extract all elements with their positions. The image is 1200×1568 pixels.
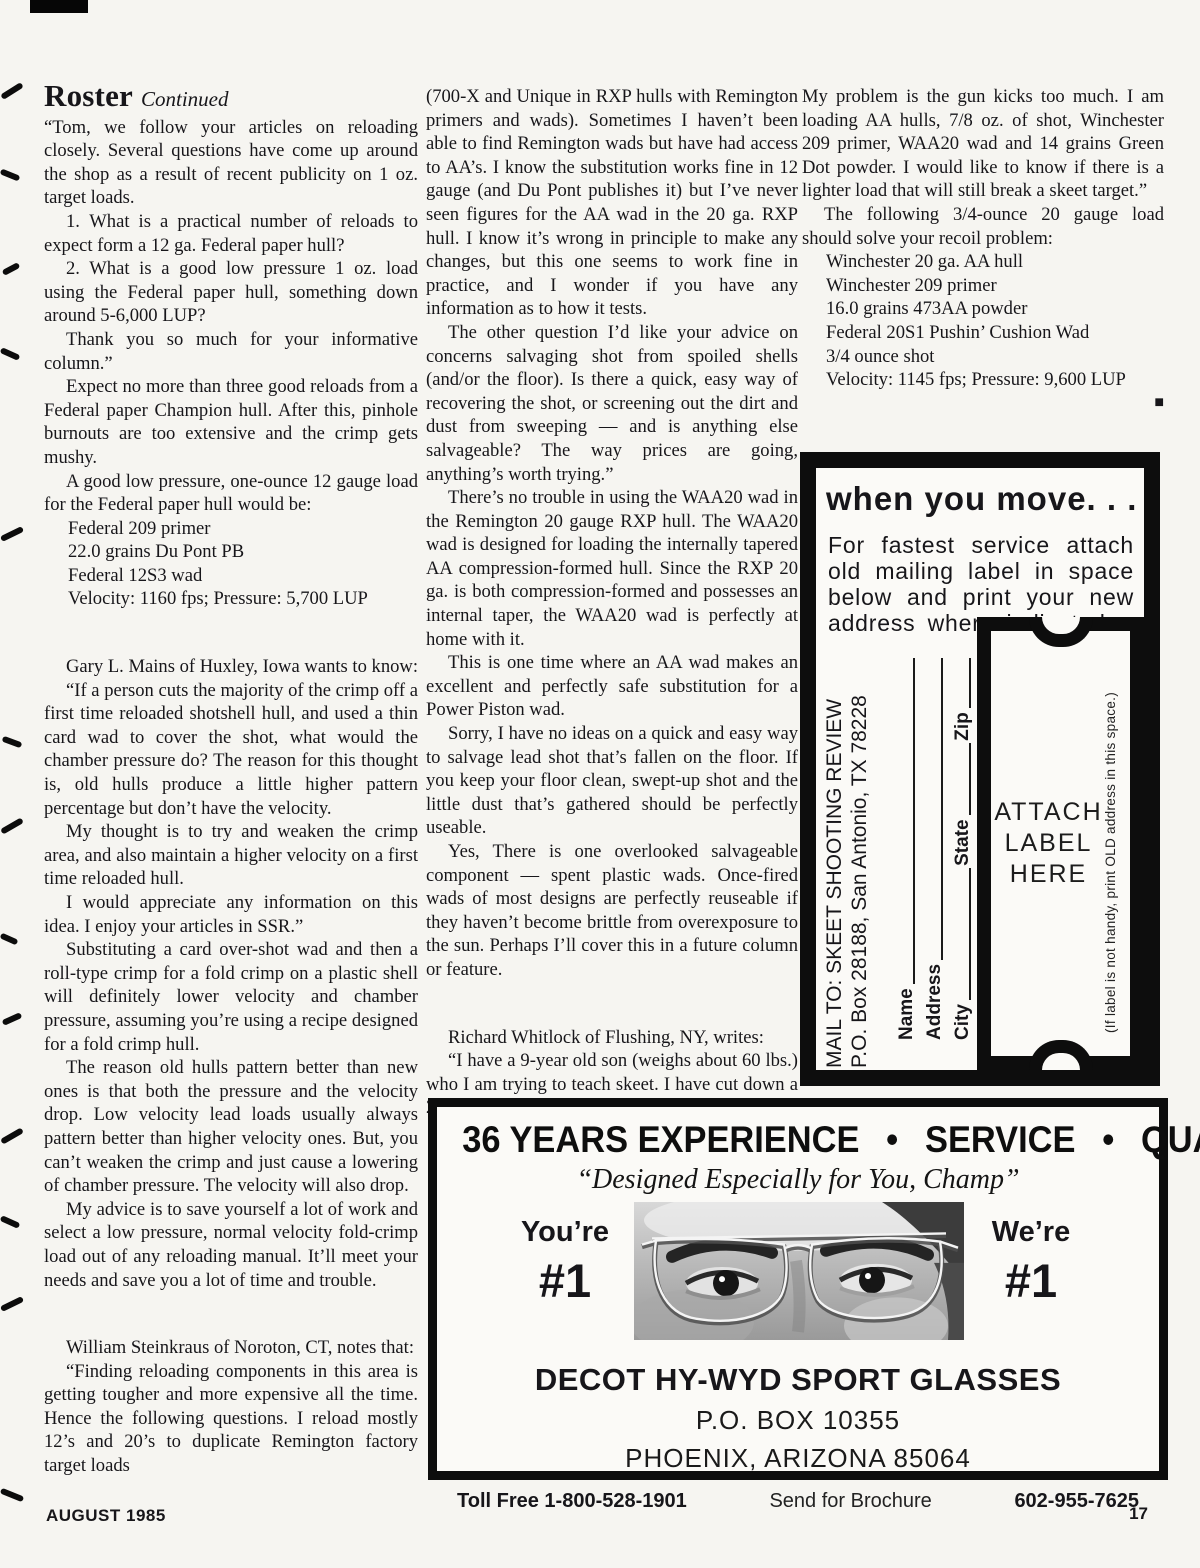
paragraph: The other question I’d like your advice … bbox=[426, 321, 798, 486]
address-blank-line bbox=[941, 658, 943, 960]
roster-continued-label: Continued bbox=[141, 87, 229, 111]
paragraph: This is one time where an AA wad makes a… bbox=[426, 651, 798, 722]
magazine-page: RosterContinued “Tom, we follow your art… bbox=[0, 0, 1200, 1568]
city-state-zip-field-row: City State Zip bbox=[946, 656, 974, 1040]
column-1: RosterContinued “Tom, we follow your art… bbox=[44, 84, 418, 1478]
decot-glasses-advertisement: 36 YEARS EXPERIENCE • SERVICE • QUALITY … bbox=[428, 1098, 1168, 1480]
load-line: 16.0 grains 473AA powder bbox=[826, 297, 1164, 321]
ad-right-slogan: We’re #1 bbox=[941, 1216, 1121, 1308]
ad-headline: 36 YEARS EXPERIENCE • SERVICE • QUALITY bbox=[462, 1119, 1133, 1161]
paragraph: The reason old hulls pattern better than… bbox=[44, 1056, 418, 1198]
attach-word: ATTACH bbox=[994, 797, 1102, 828]
city-blank-line bbox=[969, 868, 971, 1000]
name-label: Name bbox=[896, 988, 918, 1040]
ad-city-state: PHOENIX, ARIZONA 85064 bbox=[437, 1443, 1159, 1474]
column-2: (700-X and Unique in RXP hulls with Remi… bbox=[426, 85, 798, 1120]
load-line: Velocity: 1160 fps; Pressure: 5,700 LUP bbox=[68, 587, 418, 611]
load-line: Velocity: 1145 fps; Pressure: 9,600 LUP bbox=[826, 368, 1164, 392]
name-blank-line bbox=[913, 658, 915, 984]
old-address-note: (If label is not handy, print OLD addres… bbox=[1103, 677, 1118, 1033]
paragraph: Substituting a card over-shot wad and th… bbox=[44, 938, 418, 1056]
brochure-text: Send for Brochure bbox=[769, 1490, 931, 1513]
scan-mark bbox=[2, 1012, 23, 1026]
attach-label-ticket: ATTACH LABEL HERE (If label is not handy… bbox=[977, 617, 1144, 1070]
paragraph: Richard Whitlock of Flushing, NY, writes… bbox=[426, 1026, 798, 1050]
paragraph: Sorry, I have no ideas on a quick and ea… bbox=[426, 722, 798, 840]
paragraph: My problem is the gun kicks too much. I … bbox=[802, 85, 1164, 203]
scan-blotch bbox=[30, 0, 88, 13]
load-recipe-list: Federal 209 primer 22.0 grains Du Pont P… bbox=[68, 517, 418, 611]
state-label: State bbox=[952, 819, 974, 865]
scan-mark bbox=[0, 168, 20, 181]
paragraph: My advice is to save yourself a lot of w… bbox=[44, 1198, 418, 1292]
change-of-address-box: when you move. . . For fastest service a… bbox=[800, 452, 1160, 1086]
phone-number: 602-955-7625 bbox=[1014, 1490, 1139, 1513]
load-recipe-list: Winchester 20 ga. AA hull Winchester 209… bbox=[826, 250, 1164, 392]
load-line: 22.0 grains Du Pont PB bbox=[68, 540, 418, 564]
ad-middle-band: You’re #1 bbox=[437, 1202, 1159, 1352]
load-line: Federal 20S1 Pushin’ Cushion Wad bbox=[826, 321, 1164, 345]
scan-mark bbox=[0, 1296, 24, 1312]
city-label: City bbox=[952, 1004, 974, 1040]
scan-mark bbox=[0, 933, 18, 946]
number-one-label: #1 bbox=[941, 1253, 1121, 1308]
column-3: My problem is the gun kicks too much. I … bbox=[802, 85, 1164, 412]
address-field-row: Address bbox=[918, 656, 946, 1040]
scan-mark bbox=[2, 736, 23, 748]
scan-mark bbox=[0, 347, 20, 361]
eyes-with-shooting-glasses-photo bbox=[634, 1202, 964, 1340]
paragraph: Yes, There is one overlooked salvageable… bbox=[426, 840, 798, 982]
label-word: LABEL bbox=[1005, 828, 1093, 859]
address-label: Address bbox=[924, 964, 946, 1040]
toll-free-number: Toll Free 1-800-528-1901 bbox=[457, 1490, 687, 1513]
paragraph: 2. What is a good low pressure 1 oz. loa… bbox=[44, 257, 418, 328]
ad-contact-row: Toll Free 1-800-528-1901 Send for Brochu… bbox=[437, 1490, 1159, 1513]
end-of-article-mark: ■ bbox=[802, 394, 1164, 412]
mail-to-line-1: MAIL TO: SKEET SHOOTING REVIEW bbox=[822, 676, 847, 1068]
section-heading: RosterContinued bbox=[44, 84, 418, 113]
paragraph: “Finding reloading components in this ar… bbox=[44, 1360, 418, 1478]
load-line: Federal 12S3 wad bbox=[68, 564, 418, 588]
paragraph: Expect no more than three good reloads f… bbox=[44, 375, 418, 469]
scan-mark bbox=[0, 526, 24, 542]
ad-company-name: DECOT HY-WYD SPORT GLASSES bbox=[437, 1362, 1159, 1398]
number-one-label: #1 bbox=[475, 1253, 655, 1308]
scan-mark bbox=[0, 82, 24, 100]
paragraph: The following 3/4-ounce 20 gauge load sh… bbox=[802, 203, 1164, 250]
scan-mark bbox=[2, 262, 21, 276]
scan-mark bbox=[0, 1127, 24, 1144]
load-line: 3/4 ounce shot bbox=[826, 345, 1164, 369]
youre-label: You’re bbox=[475, 1216, 655, 1249]
paragraph: I would appreciate any information on th… bbox=[44, 891, 418, 938]
zip-label: Zip bbox=[952, 712, 974, 741]
attach-label-here-text: ATTACH LABEL HERE bbox=[991, 631, 1106, 1056]
issue-date: AUGUST 1985 bbox=[46, 1506, 166, 1526]
mail-to-address: MAIL TO: SKEET SHOOTING REVIEW P.O. Box … bbox=[822, 676, 874, 1068]
scan-mark bbox=[0, 1215, 20, 1229]
roster-title: Roster bbox=[44, 78, 133, 113]
here-word: HERE bbox=[1010, 859, 1087, 890]
load-line: Winchester 209 primer bbox=[826, 274, 1164, 298]
ad-po-box: P.O. BOX 10355 bbox=[437, 1405, 1159, 1436]
paragraph: Thank you so much for your informative c… bbox=[44, 328, 418, 375]
paragraph: My thought is to try and weaken the crim… bbox=[44, 820, 418, 891]
paragraph: (700-X and Unique in RXP hulls with Remi… bbox=[426, 85, 798, 321]
paragraph: A good low pressure, one-ounce 12 gauge … bbox=[44, 470, 418, 517]
load-line: Federal 209 primer bbox=[68, 517, 418, 541]
address-form: Name Address City State Zip bbox=[890, 656, 974, 1040]
ad-left-slogan: You’re #1 bbox=[475, 1216, 655, 1308]
state-blank-line bbox=[969, 743, 971, 816]
load-line: Winchester 20 ga. AA hull bbox=[826, 250, 1164, 274]
paragraph: “Tom, we follow your articles on reloadi… bbox=[44, 116, 418, 210]
scan-mark bbox=[0, 1488, 24, 1503]
paragraph: There’s no trouble in using the WAA20 wa… bbox=[426, 486, 798, 651]
paragraph: Gary L. Mains of Huxley, Iowa wants to k… bbox=[44, 655, 418, 679]
movebox-title: when you move. . . bbox=[826, 480, 1137, 518]
paragraph: 1. What is a practical number of reloads… bbox=[44, 210, 418, 257]
scan-mark bbox=[0, 817, 24, 834]
mail-to-line-2: P.O. Box 28188, San Antonio, TX 78228 bbox=[847, 676, 872, 1068]
paragraph: “If a person cuts the majority of the cr… bbox=[44, 679, 418, 821]
ad-tagline: “Designed Especially for You, Champ” bbox=[437, 1164, 1159, 1196]
paragraph: William Steinkraus of Noroton, CT, notes… bbox=[44, 1336, 418, 1360]
name-field-row: Name bbox=[890, 656, 918, 1040]
zip-blank-line bbox=[969, 658, 971, 708]
were-label: We’re bbox=[941, 1216, 1121, 1249]
